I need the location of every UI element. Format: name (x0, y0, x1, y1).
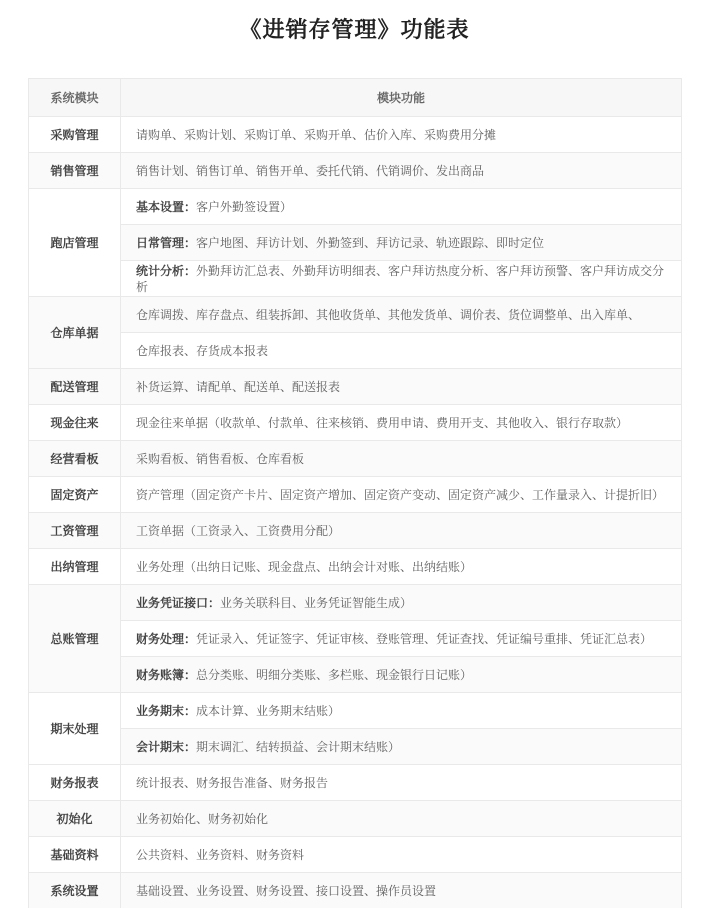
table-row: 初始化业务初始化、财务初始化 (29, 801, 682, 837)
module-name-cell: 基础资料 (29, 837, 121, 873)
page-title: 《进销存管理》功能表 (0, 0, 709, 44)
function-list-text: 基础设置、业务设置、财务设置、接口设置、操作员设置 (136, 884, 436, 898)
table-row: 期末处理业务期末：成本计算、业务期末结账） (29, 693, 682, 729)
module-name-cell: 财务报表 (29, 765, 121, 801)
module-function-cell: 请购单、采购计划、采购订单、采购开单、估价入库、采购费用分摊 (121, 117, 682, 153)
function-list-text: 销售计划、销售订单、销售开单、委托代销、代销调价、发出商品 (136, 164, 484, 178)
table-header: 系统模块 模块功能 (29, 79, 682, 117)
function-table: 系统模块 模块功能 采购管理请购单、采购计划、采购订单、采购开单、估价入库、采购… (28, 78, 682, 908)
module-function-cell: 业务处理（出纳日记账、现金盘点、出纳会计对账、出纳结账） (121, 549, 682, 585)
module-function-cell: 财务账簿：总分类账、明细分类账、多栏账、现金银行日记账） (121, 657, 682, 693)
function-list-text: 统计报表、财务报告准备、财务报告 (136, 776, 328, 790)
module-name-cell: 总账管理 (29, 585, 121, 693)
function-list-text: 业务关联科目、业务凭证智能生成） (220, 596, 412, 610)
table-row: 仓库单据仓库调拨、库存盘点、组装拆卸、其他收货单、其他发货单、调价表、货位调整单… (29, 297, 682, 333)
module-function-cell: 工资单据（工资录入、工资费用分配） (121, 513, 682, 549)
table-row: 出纳管理业务处理（出纳日记账、现金盘点、出纳会计对账、出纳结账） (29, 549, 682, 585)
function-category-label: 统计分析： (136, 264, 196, 278)
header-module-function: 模块功能 (121, 79, 682, 117)
table-body: 采购管理请购单、采购计划、采购订单、采购开单、估价入库、采购费用分摊销售管理销售… (29, 117, 682, 908)
function-list-text: 工资单据（工资录入、工资费用分配） (136, 524, 340, 538)
module-function-cell: 日常管理：客户地图、拜访计划、外勤签到、拜访记录、轨迹跟踪、即时定位 (121, 225, 682, 261)
module-name-cell: 仓库单据 (29, 297, 121, 369)
module-name-cell: 现金往来 (29, 405, 121, 441)
module-name-cell: 跑店管理 (29, 189, 121, 297)
function-list-text: 业务处理（出纳日记账、现金盘点、出纳会计对账、出纳结账） (136, 560, 472, 574)
module-name-cell: 配送管理 (29, 369, 121, 405)
table-row: 基础资料公共资料、业务资料、财务资料 (29, 837, 682, 873)
module-function-cell: 销售计划、销售订单、销售开单、委托代销、代销调价、发出商品 (121, 153, 682, 189)
module-function-cell: 基本设置：客户外勤签设置） (121, 189, 682, 225)
function-list-text: 请购单、采购计划、采购订单、采购开单、估价入库、采购费用分摊 (136, 128, 496, 142)
function-list-text: 总分类账、明细分类账、多栏账、现金银行日记账） (196, 668, 472, 682)
module-function-cell: 业务初始化、财务初始化 (121, 801, 682, 837)
module-function-cell: 资产管理（固定资产卡片、固定资产增加、固定资产变动、固定资产减少、工作量录入、计… (121, 477, 682, 513)
function-list-text: 客户地图、拜访计划、外勤签到、拜访记录、轨迹跟踪、即时定位 (196, 236, 544, 250)
table-row: 统计分析：外勤拜访汇总表、外勤拜访明细表、客户拜访热度分析、客户拜访预警、客户拜… (29, 261, 682, 297)
table-row: 固定资产资产管理（固定资产卡片、固定资产增加、固定资产变动、固定资产减少、工作量… (29, 477, 682, 513)
table-row: 配送管理补货运算、请配单、配送单、配送报表 (29, 369, 682, 405)
module-function-cell: 仓库报表、存货成本报表 (121, 333, 682, 369)
function-category-label: 财务处理： (136, 632, 196, 646)
table-row: 日常管理：客户地图、拜访计划、外勤签到、拜访记录、轨迹跟踪、即时定位 (29, 225, 682, 261)
function-list-text: 外勤拜访汇总表、外勤拜访明细表、客户拜访热度分析、客户拜访预警、客户拜访成交分析 (136, 264, 664, 294)
module-name-cell: 初始化 (29, 801, 121, 837)
table-row: 财务账簿：总分类账、明细分类账、多栏账、现金银行日记账） (29, 657, 682, 693)
table-row: 销售管理销售计划、销售订单、销售开单、委托代销、代销调价、发出商品 (29, 153, 682, 189)
function-list-text: 仓库调拨、库存盘点、组装拆卸、其他收货单、其他发货单、调价表、货位调整单、出入库… (136, 308, 640, 322)
function-list-text: 资产管理（固定资产卡片、固定资产增加、固定资产变动、固定资产减少、工作量录入、计… (136, 488, 664, 502)
module-name-cell: 销售管理 (29, 153, 121, 189)
module-function-cell: 采购看板、销售看板、仓库看板 (121, 441, 682, 477)
module-name-cell: 采购管理 (29, 117, 121, 153)
module-name-cell: 固定资产 (29, 477, 121, 513)
function-list-text: 成本计算、业务期末结账） (196, 704, 340, 718)
table-row: 采购管理请购单、采购计划、采购订单、采购开单、估价入库、采购费用分摊 (29, 117, 682, 153)
function-list-text: 客户外勤签设置） (196, 200, 292, 214)
module-name-cell: 出纳管理 (29, 549, 121, 585)
header-system-module: 系统模块 (29, 79, 121, 117)
module-function-cell: 统计分析：外勤拜访汇总表、外勤拜访明细表、客户拜访热度分析、客户拜访预警、客户拜… (121, 261, 682, 297)
table-header-row: 系统模块 模块功能 (29, 79, 682, 117)
table-row: 工资管理工资单据（工资录入、工资费用分配） (29, 513, 682, 549)
module-function-cell: 现金往来单据（收款单、付款单、往来核销、费用申请、费用开支、其他收入、银行存取款… (121, 405, 682, 441)
module-function-cell: 会计期末：期末调汇、结转损益、会计期末结账） (121, 729, 682, 765)
module-function-cell: 财务处理：凭证录入、凭证签字、凭证审核、登账管理、凭证查找、凭证编号重排、凭证汇… (121, 621, 682, 657)
table-row: 经营看板采购看板、销售看板、仓库看板 (29, 441, 682, 477)
table-row: 现金往来现金往来单据（收款单、付款单、往来核销、费用申请、费用开支、其他收入、银… (29, 405, 682, 441)
module-function-cell: 业务期末：成本计算、业务期末结账） (121, 693, 682, 729)
module-name-cell: 工资管理 (29, 513, 121, 549)
page: 《进销存管理》功能表 系统模块 模块功能 采购管理请购单、采购计划、采购订单、采… (0, 0, 709, 908)
module-function-cell: 仓库调拨、库存盘点、组装拆卸、其他收货单、其他发货单、调价表、货位调整单、出入库… (121, 297, 682, 333)
module-function-cell: 业务凭证接口：业务关联科目、业务凭证智能生成） (121, 585, 682, 621)
table-row: 系统设置基础设置、业务设置、财务设置、接口设置、操作员设置 (29, 873, 682, 908)
module-name-cell: 系统设置 (29, 873, 121, 908)
function-category-label: 业务期末： (136, 704, 196, 718)
module-function-cell: 基础设置、业务设置、财务设置、接口设置、操作员设置 (121, 873, 682, 908)
table-row: 仓库报表、存货成本报表 (29, 333, 682, 369)
table-row: 跑店管理基本设置：客户外勤签设置） (29, 189, 682, 225)
table-row: 财务报表统计报表、财务报告准备、财务报告 (29, 765, 682, 801)
function-list-text: 现金往来单据（收款单、付款单、往来核销、费用申请、费用开支、其他收入、银行存取款… (136, 416, 628, 430)
table-row: 总账管理业务凭证接口：业务关联科目、业务凭证智能生成） (29, 585, 682, 621)
function-list-text: 凭证录入、凭证签字、凭证审核、登账管理、凭证查找、凭证编号重排、凭证汇总表） (196, 632, 652, 646)
table-row: 会计期末：期末调汇、结转损益、会计期末结账） (29, 729, 682, 765)
function-category-label: 日常管理： (136, 236, 196, 250)
module-function-cell: 补货运算、请配单、配送单、配送报表 (121, 369, 682, 405)
function-list-text: 采购看板、销售看板、仓库看板 (136, 452, 304, 466)
function-list-text: 仓库报表、存货成本报表 (136, 344, 268, 358)
module-name-cell: 期末处理 (29, 693, 121, 765)
function-category-label: 业务凭证接口： (136, 596, 220, 610)
function-category-label: 会计期末： (136, 740, 196, 754)
function-category-label: 财务账簿： (136, 668, 196, 682)
module-function-cell: 公共资料、业务资料、财务资料 (121, 837, 682, 873)
module-function-cell: 统计报表、财务报告准备、财务报告 (121, 765, 682, 801)
function-list-text: 期末调汇、结转损益、会计期末结账） (196, 740, 400, 754)
function-category-label: 基本设置： (136, 200, 196, 214)
function-list-text: 补货运算、请配单、配送单、配送报表 (136, 380, 340, 394)
module-name-cell: 经营看板 (29, 441, 121, 477)
function-list-text: 公共资料、业务资料、财务资料 (136, 848, 304, 862)
table-row: 财务处理：凭证录入、凭证签字、凭证审核、登账管理、凭证查找、凭证编号重排、凭证汇… (29, 621, 682, 657)
function-list-text: 业务初始化、财务初始化 (136, 812, 268, 826)
